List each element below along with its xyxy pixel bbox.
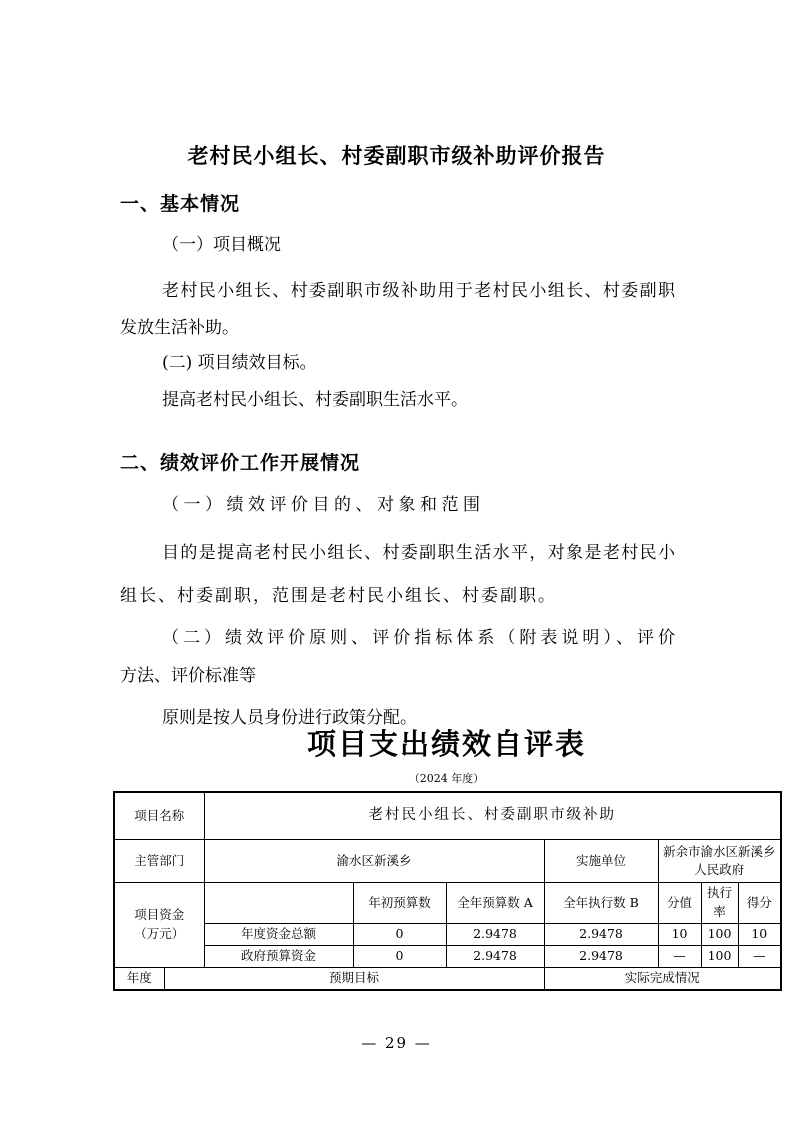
header-annual-budget: 全年预算数 A [446,883,544,924]
table-row: 主管部门 渝水区新溪乡 实施单位 新余市渝水区新溪乡人民政府 [114,840,781,883]
cell-exec: 2.9478 [544,946,658,968]
header-score: 得分 [738,883,781,924]
body-line: 原则是按人员身份进行政策分配。 [120,707,675,730]
section-1-heading: 一、基本情况 [120,193,680,217]
page-number: — 29 — [0,1034,793,1052]
table-row-gov-budget: 政府预算资金 0 2.9478 2.9478 — 100 — [114,946,781,968]
selfeval-table-subtitle: （2024 年度） [113,772,780,786]
cell-rate: 100 [701,924,738,946]
cell-score: — [738,946,781,968]
body-line: （二）绩效评价原则、评价指标体系（附表说明）、评价 [120,627,675,650]
header-initial-budget: 年初预算数 [353,883,446,924]
actual-completion-label: 实际完成情况 [544,968,781,991]
body-line: （一）项目概况 [120,234,675,257]
cell-rate: 100 [701,946,738,968]
funds-label: 项目资金 （万元） [114,883,204,968]
selfeval-table-title: 项目支出绩效自评表 [113,728,780,762]
header-weight: 分值 [658,883,701,924]
body-line: 方法、评价标准等 [120,665,675,688]
selfeval-table: 项目名称 老村民小组长、村委副职市级补助 主管部门 渝水区新溪乡 实施单位 新余… [113,791,782,991]
header-annual-exec: 全年执行数 B [544,883,658,924]
cell-initial: 0 [353,924,446,946]
funds-label-line2: （万元） [117,925,202,944]
header-exec-rate-line2: 率 [704,903,736,922]
cell-initial: 0 [353,946,446,968]
dept-value: 渝水区新溪乡 [204,840,544,883]
year-label: 年度 [114,968,164,991]
cell-budget: 2.9478 [446,946,544,968]
table-row-year-goals: 年度 预期目标 实际完成情况 [114,968,781,991]
body-line: 组长、村委副职，范围是老村民小组长、村委副职。 [120,585,675,608]
document-page: 老村民小组长、村委副职市级补助评价报告 一、基本情况 （一）项目概况 老村民小组… [0,0,793,1122]
funds-label-line1: 项目资金 [117,906,202,925]
header-exec-rate-line1: 执行 [704,884,736,903]
dept-label: 主管部门 [114,840,204,883]
body-line: (二) 项目绩效目标。 [120,352,675,375]
body-line: （一）绩效评价目的、对象和范围 [120,494,675,517]
expected-goal-label: 预期目标 [164,968,544,991]
impl-unit-value: 新余市渝水区新溪乡人民政府 [658,840,781,883]
project-name-label: 项目名称 [114,792,204,840]
cell-exec: 2.9478 [544,924,658,946]
body-line: 发放生活补助。 [120,317,675,340]
cell-weight: 10 [658,924,701,946]
report-title: 老村民小组长、村委副职市级补助评价报告 [0,144,793,170]
header-exec-rate: 执行 率 [701,883,738,924]
cell-weight: — [658,946,701,968]
project-name-value: 老村民小组长、村委副职市级补助 [204,792,781,840]
table-header-row: 项目资金 （万元） 年初预算数 全年预算数 A 全年执行数 B 分值 执行 率 … [114,883,781,924]
body-line: 提高老村民小组长、村委副职生活水平。 [120,389,675,412]
body-line: 目的是提高老村民小组长、村委副职生活水平，对象是老村民小 [120,542,675,565]
body-line: 老村民小组长、村委副职市级补助用于老村民小组长、村委副职 [120,280,675,303]
cell-score: 10 [738,924,781,946]
empty-cell [204,883,353,924]
impl-unit-label: 实施单位 [544,840,658,883]
section-2-heading: 二、绩效评价工作开展情况 [120,452,680,476]
row-label: 年度资金总额 [204,924,353,946]
cell-budget: 2.9478 [446,924,544,946]
table-row-annual-total: 年度资金总额 0 2.9478 2.9478 10 100 10 [114,924,781,946]
row-label: 政府预算资金 [204,946,353,968]
table-row: 项目名称 老村民小组长、村委副职市级补助 [114,792,781,840]
